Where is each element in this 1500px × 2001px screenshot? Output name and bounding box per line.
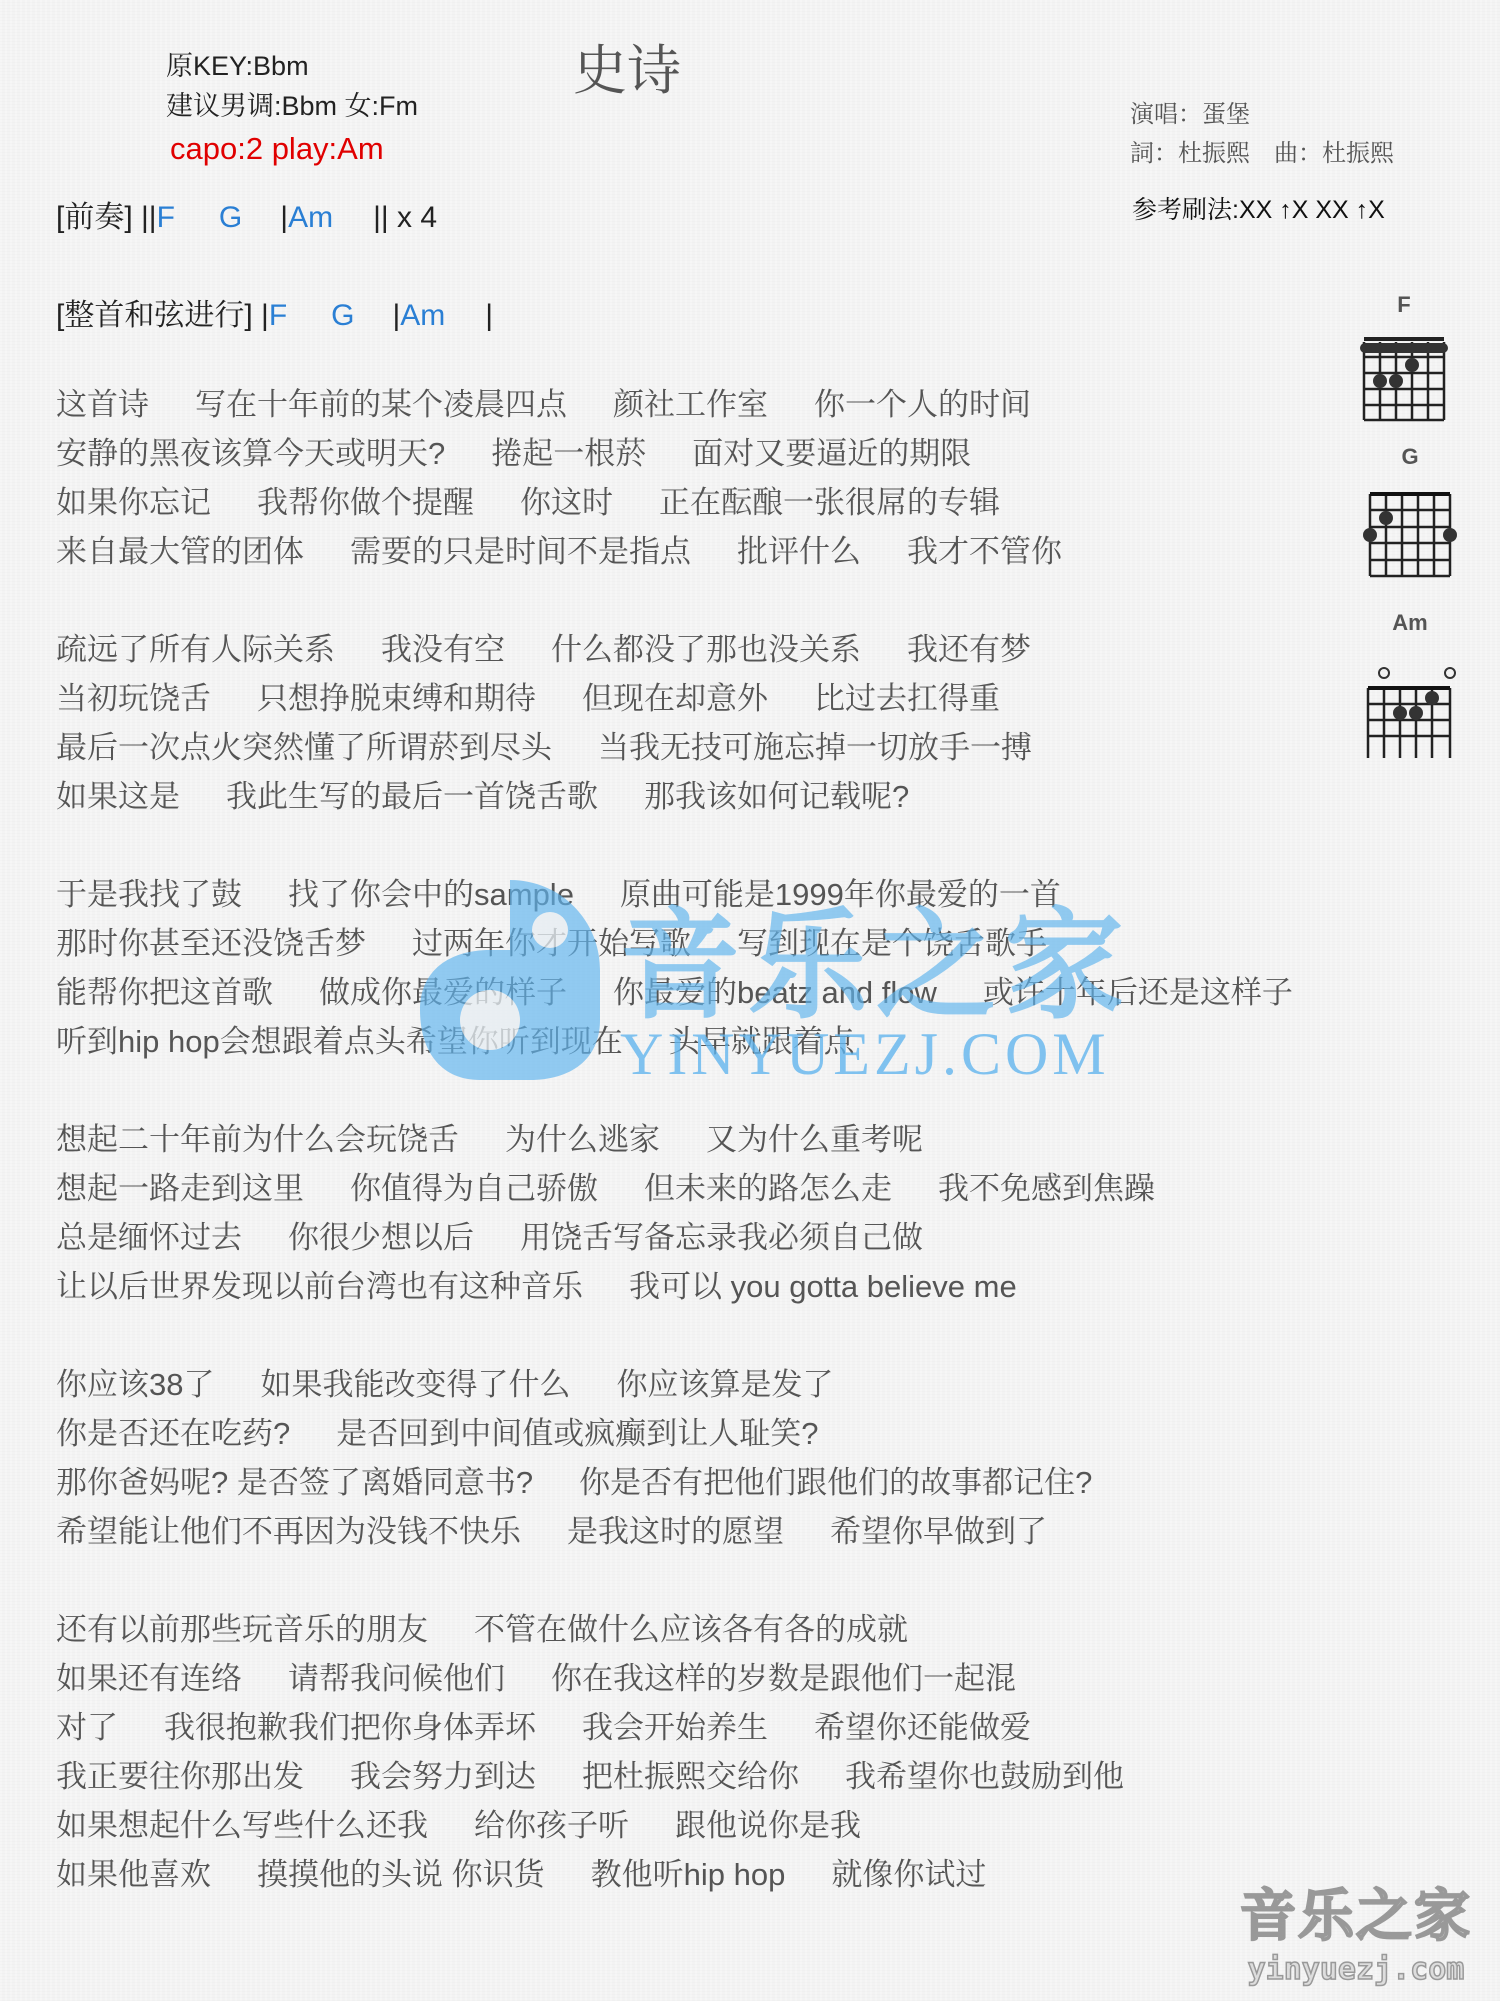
lyric-phrase: 安静的黑夜该算今天或明天? [56,429,445,478]
lyric-phrase: 或许十年后还是这样子 [983,968,1293,1017]
lyric-line: 安静的黑夜该算今天或明天?捲起一根菸面对又要逼近的期限 [56,429,1293,478]
bar-line: | [280,201,288,234]
lyric-phrase: 捲起一根菸 [491,429,646,478]
lyric-phrase: 找了你会中的sample [288,870,574,919]
writer-credit: 詞：杜振熙 曲：杜振熙 [1130,133,1394,168]
lyric-phrase: 但未来的路怎么走 [644,1164,892,1213]
bar-line-end: | [485,299,493,332]
lyric-phrase: 听到hip hop会想跟着点头希望你听到现在 [56,1017,623,1066]
lyric-line: 如果你忘记我帮你做个提醒你这时正在酝酿一张很屌的专辑 [56,478,1293,527]
lyric-line: 当初玩饶舌只想挣脱束缚和期待但现在却意外比过去扛得重 [56,674,1293,723]
chord-name: F [1344,292,1464,320]
lyric-phrase: 如果我能改变得了什么 [260,1360,570,1409]
lyric-phrase: 那你爸妈呢? 是否签了离婚同意书? [56,1458,533,1507]
lyric-phrase: 正在酝酿一张很屌的专辑 [659,478,1000,527]
chord-diagram-f: F [1344,292,1464,435]
lyric-line: 于是我找了鼓找了你会中的sample原曲可能是1999年你最爱的一首 [56,870,1293,919]
lyric-phrase: 你在我这样的岁数是跟他们一起混 [551,1654,1016,1703]
lyric-phrase: 你最爱的beatz and flow [613,968,937,1017]
lyric-phrase: 比过去扛得重 [814,674,1000,723]
lyric-line: 最后一次点火突然懂了所谓菸到尽头当我无技可施忘掉一切放手一搏 [56,723,1293,772]
lyric-phrase: 你应该38了 [56,1360,214,1409]
lyric-phrase: 请帮我问候他们 [288,1654,505,1703]
lyric-phrase: 来自最大管的团体 [56,527,304,576]
lyric-stanza: 想起二十年前为什么会玩饶舌为什么逃家又为什么重考呢想起一路走到这里你值得为自己骄… [56,1115,1293,1311]
lyric-phrase: 你值得为自己骄傲 [350,1164,598,1213]
lyric-line: 那你爸妈呢? 是否签了离婚同意书?你是否有把他们跟他们的故事都记住? [56,1458,1293,1507]
site-logo-text: 音乐之家 [1240,1872,1472,1952]
lyric-phrase: 我会开始养生 [582,1703,768,1752]
lyric-phrase: 你一个人的时间 [814,380,1031,429]
fretboard-f-icon [1344,320,1464,430]
lyric-line: 我正要往你那出发我会努力到达把杜振熙交给你我希望你也鼓励到他 [56,1752,1293,1801]
lyric-phrase: 给你孩子听 [474,1801,629,1850]
lyric-phrase: 教他听hip hop [591,1850,786,1899]
lyric-line: 能帮你把这首歌做成你最爱的样子你最爱的beatz and flow或许十年后还是… [56,968,1293,1017]
lyric-phrase: 这首诗 [56,380,149,429]
lyric-phrase: 如果这是 [56,772,180,821]
lyric-line: 总是缅怀过去你很少想以后用饶舌写备忘录我必须自己做 [56,1213,1293,1262]
lyric-phrase: 我才不管你 [907,527,1062,576]
lyric-phrase: 当我无技可施忘掉一切放手一搏 [598,723,1032,772]
lyric-phrase: 总是缅怀过去 [56,1213,242,1262]
lyric-phrase: 我很抱歉我们把你身体弄坏 [164,1703,536,1752]
lyric-phrase: 是否回到中间值或疯癫到让人耻笑? [336,1409,818,1458]
lyric-phrase: 疏远了所有人际关系 [56,625,335,674]
lyric-phrase: 让以后世界发现以前台湾也有这种音乐 [56,1262,583,1311]
lyric-stanza: 这首诗写在十年前的某个凌晨四点颜社工作室你一个人的时间安静的黑夜该算今天或明天?… [56,380,1293,576]
lyric-line: 如果他喜欢摸摸他的头说 你识货教他听hip hop就像你试过 [56,1850,1293,1899]
lyric-phrase: 是我这时的愿望 [567,1507,784,1556]
lyric-phrase: 原曲可能是1999年你最爱的一首 [620,870,1061,919]
lyric-phrase: 如果还有连络 [56,1654,242,1703]
lyric-stanza: 还有以前那些玩音乐的朋友不管在做什么应该各有各的成就如果还有连络请帮我问候他们你… [56,1605,1293,1899]
lyric-phrase: 于是我找了鼓 [56,870,242,919]
lyric-stanza: 你应该38了如果我能改变得了什么你应该算是发了你是否还在吃药?是否回到中间值或疯… [56,1360,1293,1556]
lyric-phrase: 做成你最爱的样子 [319,968,567,1017]
lyric-phrase: 把杜振熙交给你 [582,1752,799,1801]
chord-f: F [269,299,287,332]
lyric-phrase: 如果他喜欢 [56,1850,211,1899]
strum-pattern: 参考刷法:XX ↑X XX ↑X [1132,190,1385,226]
lyric-line: 疏远了所有人际关系我没有空什么都没了那也没关系我还有梦 [56,625,1293,674]
lyric-phrase: 最后一次点火突然懂了所谓菸到尽头 [56,723,552,772]
lyric-phrase: 我没有空 [381,625,505,674]
lyric-phrase: 我正要往你那出发 [56,1752,304,1801]
chord-f: F [157,201,175,234]
lyric-phrase: 写在十年前的某个凌晨四点 [195,380,567,429]
lyric-phrase: 希望能让他们不再因为没钱不快乐 [56,1507,521,1556]
lyric-phrase: 颜社工作室 [613,380,768,429]
lyric-phrase: 过两年你才开始写歌 [412,919,691,968]
lyric-phrase: 但现在却意外 [582,674,768,723]
lyric-phrase: 我会努力到达 [350,1752,536,1801]
lyric-phrase: 只想挣脱束缚和期待 [257,674,536,723]
fretboard-am-icon [1350,638,1470,758]
lyric-phrase: 为什么逃家 [505,1115,660,1164]
chord-diagram-am: Am [1350,610,1470,763]
lyric-phrase: 我此生写的最后一首饶舌歌 [226,772,598,821]
lyric-phrase: 如果你忘记 [56,478,211,527]
lyric-line: 如果这是我此生写的最后一首饶舌歌那我该如何记载呢? [56,772,1293,821]
lyric-phrase: 当初玩饶舌 [56,674,211,723]
lyric-phrase: 需要的只是时间不是指点 [350,527,691,576]
chord-diagram-g: G [1350,444,1470,587]
lyric-phrase: 我还有梦 [907,625,1031,674]
intro-label: [前奏] || [56,201,157,234]
lyric-phrase: 写到现在是个饶舌歌手 [737,919,1047,968]
lyric-phrase: 我帮你做个提醒 [257,478,474,527]
capo-info: capo:2 play:Am [170,131,384,167]
lyric-line: 想起二十年前为什么会玩饶舌为什么逃家又为什么重考呢 [56,1115,1293,1164]
lyric-line: 想起一路走到这里你值得为自己骄傲但未来的路怎么走我不免感到焦躁 [56,1164,1293,1213]
lyric-phrase: 对了 [56,1703,118,1752]
lyric-line: 还有以前那些玩音乐的朋友不管在做什么应该各有各的成就 [56,1605,1293,1654]
lyric-phrase: 面对又要逼近的期限 [692,429,971,478]
lyric-phrase: 跟他说你是我 [675,1801,861,1850]
progression-label: [整首和弦进行] | [56,299,269,332]
lyric-line: 你应该38了如果我能改变得了什么你应该算是发了 [56,1360,1293,1409]
lyric-phrase: 就像你试过 [831,1850,986,1899]
lyric-line: 那时你甚至还没饶舌梦过两年你才开始写歌写到现在是个饶舌歌手 [56,919,1293,968]
chord-g: G [219,201,242,234]
intro-repeat: || x 4 [373,201,437,234]
progression-line: [整首和弦进行] |FG|Am| [56,290,493,334]
chord-name: Am [1350,610,1470,638]
lyrics-block: 这首诗写在十年前的某个凌晨四点颜社工作室你一个人的时间安静的黑夜该算今天或明天?… [56,380,1293,1948]
intro-line: [前奏] ||FG|Am|| x 4 [56,192,437,236]
lyric-phrase: 能帮你把这首歌 [56,968,273,1017]
lyric-phrase: 用饶舌写备忘录我必须自己做 [520,1213,923,1262]
site-logo: 音乐之家 yinyuezj.com [1240,1872,1472,1987]
lyric-phrase: 又为什么重考呢 [706,1115,923,1164]
lyric-stanza: 疏远了所有人际关系我没有空什么都没了那也没关系我还有梦当初玩饶舌只想挣脱束缚和期… [56,625,1293,821]
lyric-phrase: 批评什么 [737,527,861,576]
lyric-phrase: 我可以 you gotta believe me [629,1262,1017,1311]
lyric-phrase: 想起一路走到这里 [56,1164,304,1213]
original-key: 原KEY:Bbm [166,44,309,83]
chord-name: G [1350,444,1470,472]
suggested-key: 建议男调:Bbm 女:Fm [166,84,418,123]
lyric-phrase: 你是否还在吃药? [56,1409,290,1458]
lyric-line: 让以后世界发现以前台湾也有这种音乐我可以 you gotta believe m… [56,1262,1293,1311]
lyric-phrase: 还有以前那些玩音乐的朋友 [56,1605,428,1654]
lyric-phrase: 你应该算是发了 [616,1360,833,1409]
lyric-phrase: 那我该如何记载呢? [644,772,909,821]
lyric-phrase: 我希望你也鼓励到他 [845,1752,1124,1801]
singer-credit: 演唱：蛋堡 [1130,94,1250,129]
lyric-phrase: 摸摸他的头说 你识货 [257,1850,545,1899]
lyric-line: 你是否还在吃药?是否回到中间值或疯癫到让人耻笑? [56,1409,1293,1458]
lyric-line: 这首诗写在十年前的某个凌晨四点颜社工作室你一个人的时间 [56,380,1293,429]
lyric-phrase: 如果想起什么写些什么还我 [56,1801,428,1850]
lyric-phrase: 什么都没了那也没关系 [551,625,861,674]
lyric-phrase: 你很少想以后 [288,1213,474,1262]
lyric-line: 如果还有连络请帮我问候他们你在我这样的岁数是跟他们一起混 [56,1654,1293,1703]
fretboard-g-icon [1350,472,1470,582]
lyric-phrase: 不管在做什么应该各有各的成就 [474,1605,908,1654]
lyric-line: 对了我很抱歉我们把你身体弄坏我会开始养生希望你还能做爱 [56,1703,1293,1752]
chord-g: G [331,299,354,332]
lyric-phrase: 头早就跟着点 [669,1017,855,1066]
lyric-phrase: 我不免感到焦躁 [938,1164,1155,1213]
lyric-phrase: 那时你甚至还没饶舌梦 [56,919,366,968]
lyric-line: 听到hip hop会想跟着点头希望你听到现在头早就跟着点 [56,1017,1293,1066]
lyric-phrase: 希望你还能做爱 [814,1703,1031,1752]
chord-am: Am [400,299,445,332]
lyric-phrase: 希望你早做到了 [830,1507,1047,1556]
lyric-line: 来自最大管的团体需要的只是时间不是指点批评什么我才不管你 [56,527,1293,576]
lyric-phrase: 想起二十年前为什么会玩饶舌 [56,1115,459,1164]
site-logo-url: yinyuezj.com [1240,1952,1472,1987]
lyric-line: 如果想起什么写些什么还我给你孩子听跟他说你是我 [56,1801,1293,1850]
lyric-line: 希望能让他们不再因为没钱不快乐是我这时的愿望希望你早做到了 [56,1507,1293,1556]
lyric-phrase: 你是否有把他们跟他们的故事都记住? [579,1458,1092,1507]
lyric-phrase: 你这时 [520,478,613,527]
chord-am: Am [288,201,333,234]
lyric-stanza: 于是我找了鼓找了你会中的sample原曲可能是1999年你最爱的一首那时你甚至还… [56,870,1293,1066]
